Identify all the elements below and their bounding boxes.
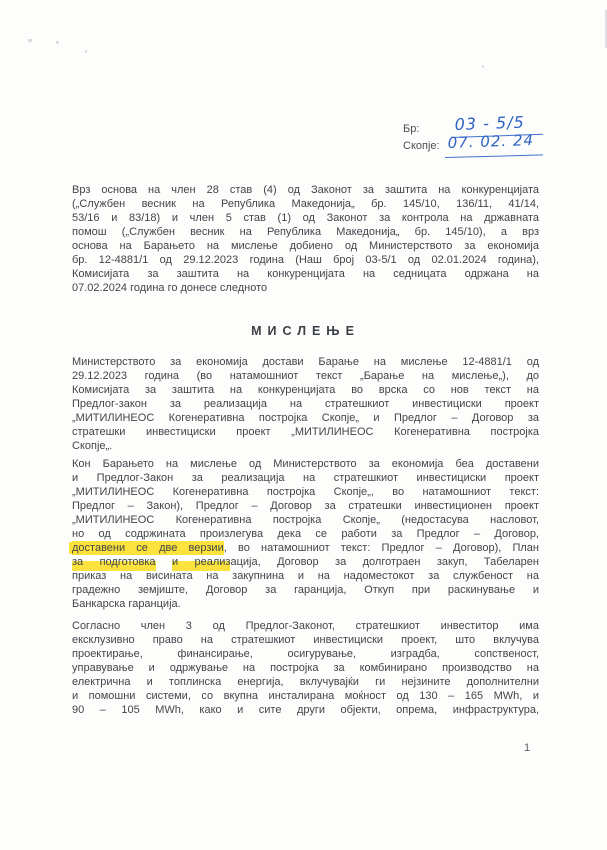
- text-segment: и Предлог-Закон за реализација на страте…: [72, 472, 539, 484]
- text-segment: , во натамошниот текст: Предлог – Догово…: [224, 542, 539, 554]
- text-segment: 29.12.2023 година (во натамошниот текст …: [72, 370, 539, 382]
- text-segment: Банкарска гаранција.: [72, 598, 181, 610]
- text-line: доставени се две верзии, во натамошниот …: [72, 541, 539, 555]
- text-line: градежно земјиште, Договор за гаранција,…: [72, 583, 539, 597]
- document-title: МИСЛЕЊЕ: [72, 324, 539, 338]
- text-segment: бр. 12-4881/1 од 29.12.2023 година (Наш …: [72, 254, 539, 266]
- text-line: Скопје„.: [72, 439, 539, 453]
- text-segment: стратешки инвестициски проект „МИТИЛИНЕО…: [72, 426, 539, 438]
- text-segment: „МИТИЛИНЕОС Когенеративна постројка Скоп…: [72, 486, 539, 498]
- text-segment: основа на Барањето на мислење добиено од…: [72, 240, 539, 252]
- text-segment: Комисијата за заштита на конкуренцијата …: [72, 268, 539, 280]
- page-number: 1: [524, 742, 530, 754]
- text-line: („Службен весник на Република Македонија…: [72, 197, 539, 211]
- text-segment: градежно земјиште, Договор за гаранција,…: [72, 584, 539, 596]
- text-line: Кон Барањето на мислење од Министерствот…: [72, 457, 539, 471]
- handwritten-underline: [445, 154, 543, 158]
- text-line: бр. 12-4881/1 од 29.12.2023 година (Наш …: [72, 253, 539, 267]
- text-segment: „МИТИЛИНЕОС Когенеративна постројка Скоп…: [72, 514, 539, 526]
- text-line: приказ на висината на закупнина и на над…: [72, 569, 539, 583]
- text-line: Комисијата за заштита на конкуренцијата …: [72, 383, 539, 397]
- text-segment: ација, Договор за долготраен закуп, Табе…: [230, 556, 539, 568]
- scan-speck: [56, 41, 59, 44]
- text-segment: Скопје„.: [72, 440, 112, 452]
- scan-speck: [85, 50, 87, 53]
- handwritten-date: 07. 02. 24: [447, 131, 534, 152]
- text-segment: но од содржината произлегува дека се раб…: [72, 528, 539, 540]
- text-line: Согласно член 3 од Предлог-Законот, стра…: [72, 619, 539, 633]
- text-line: Комисијата за заштита на конкуренцијата …: [72, 267, 539, 281]
- text-segment: Комисијата за заштита на конкуренцијата …: [72, 384, 539, 396]
- text-segment: 53/16 и 83/18) и член 5 став (1) од Зако…: [72, 212, 539, 224]
- place-label: Скопје:: [403, 140, 440, 152]
- text-segment: управување и одржување на постројка за к…: [72, 662, 539, 674]
- text-line: Банкарска гаранција.: [72, 597, 539, 611]
- paragraph: Согласно член 3 од Предлог-Законот, стра…: [72, 619, 539, 717]
- text-segment: Министерството за економија достави Бара…: [72, 356, 539, 368]
- text-line: „МИТИЛИНЕОС Когенеративна постројка Скоп…: [72, 411, 539, 425]
- text-line: помош („Службен весник на Република Маке…: [72, 225, 539, 239]
- highlighted-text: доставени се две верзии: [72, 542, 224, 554]
- text-segment: електрична и топлинска енергија, вклучув…: [72, 676, 539, 688]
- text-segment: проектирање, финансирање, осигурување, и…: [72, 648, 539, 660]
- text-line: и Предлог-Закон за реализација на страте…: [72, 471, 539, 485]
- text-line: ексклузивно право на стратешкиот инвести…: [72, 633, 539, 647]
- text-line: основа на Барањето на мислење добиено од…: [72, 239, 539, 253]
- text-segment: приказ на висината на закупнина и на над…: [72, 570, 539, 582]
- scanned-document-page: Бр: Скопје: 03 - 5/5 07. 02. 24 МИСЛЕЊЕ …: [0, 0, 607, 850]
- paragraph: Врз основа на член 28 став (4) од Законо…: [72, 183, 539, 295]
- text-line: 07.02.2024 година го донесе следното: [72, 281, 539, 295]
- text-segment: Согласно член 3 од Предлог-Законот, стра…: [72, 620, 539, 632]
- text-segment: 90 – 105 MWh, како и сите други објекти,…: [72, 704, 539, 716]
- text-line: за подготовка и реализација, Договор за …: [72, 555, 539, 569]
- text-segment: помош („Службен весник на Република Маке…: [72, 226, 539, 238]
- text-line: и помошни системи, со вкупна инсталирана…: [72, 689, 539, 703]
- paragraph: Кон Барањето на мислење од Министерствот…: [72, 457, 539, 611]
- scan-speck: [28, 39, 32, 42]
- text-line: 90 – 105 MWh, како и сите други објекти,…: [72, 703, 539, 717]
- text-line: проектирање, финансирање, осигурување, и…: [72, 647, 539, 661]
- text-line: но од содржината произлегува дека се раб…: [72, 527, 539, 541]
- text-segment: и помошни системи, со вкупна инсталирана…: [72, 690, 539, 702]
- text-line: Предлог – Закон), Предлог – Договор за с…: [72, 499, 539, 513]
- text-line: 29.12.2023 година (во натамошниот текст …: [72, 369, 539, 383]
- text-segment: Предлог-закон за реализација на стратешк…: [72, 398, 539, 410]
- text-segment: „МИТИЛИНЕОС Когенеративна постројка Скоп…: [72, 412, 539, 424]
- text-line: електрична и топлинска енергија, вклучув…: [72, 675, 539, 689]
- text-segment: 07.02.2024 година го донесе следното: [72, 282, 267, 294]
- text-line: Министерството за економија достави Бара…: [72, 355, 539, 369]
- text-segment: Кон Барањето на мислење од Министерствот…: [72, 458, 539, 470]
- text-line: „МИТИЛИНЕОС Когенеративна постројка Скоп…: [72, 513, 539, 527]
- scan-speck: [482, 65, 484, 68]
- text-line: Врз основа на член 28 став (4) од Законо…: [72, 183, 539, 197]
- text-line: 53/16 и 83/18) и член 5 став (1) од Зако…: [72, 211, 539, 225]
- number-label: Бр:: [403, 123, 419, 135]
- text-line: Предлог-закон за реализација на стратешк…: [72, 397, 539, 411]
- text-segment: Врз основа на член 28 став (4) од Законо…: [72, 184, 539, 196]
- text-segment: Предлог – Закон), Предлог – Договор за с…: [72, 500, 539, 512]
- text-segment: („Службен весник на Република Македонија…: [72, 198, 539, 210]
- text-line: управување и одржување на постројка за к…: [72, 661, 539, 675]
- paragraph: Министерството за економија достави Бара…: [72, 355, 539, 453]
- text-segment: [156, 556, 172, 568]
- text-segment: ексклузивно право на стратешкиот инвести…: [72, 634, 539, 646]
- text-line: „МИТИЛИНЕОС Когенеративна постројка Скоп…: [72, 485, 539, 499]
- text-line: стратешки инвестициски проект „МИТИЛИНЕО…: [72, 425, 539, 439]
